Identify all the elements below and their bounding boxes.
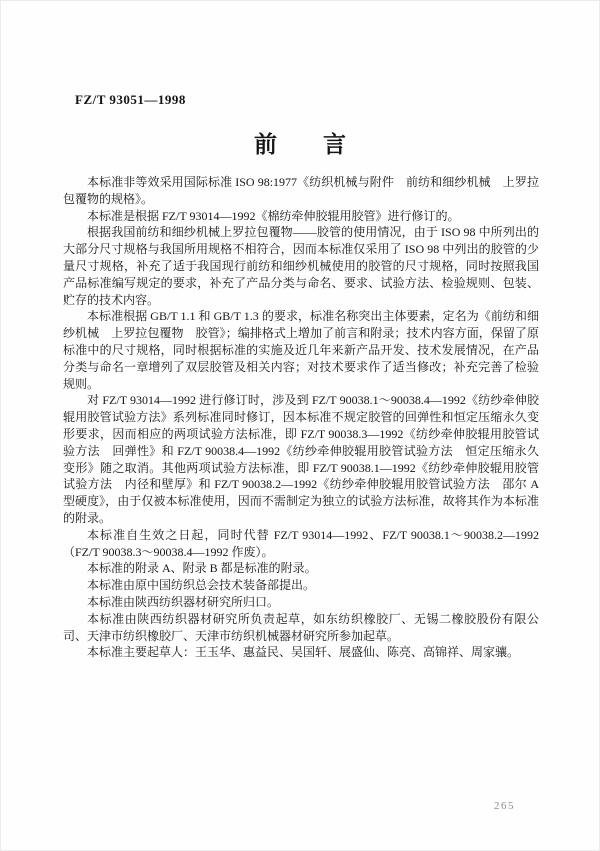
paragraph: 本标准根据 GB/T 1.1 和 GB/T 1.3 的要求，标准名称突出主体要素… <box>63 308 539 392</box>
paragraph: 本标准是根据 FZ/T 93014—1992《棉纺牵伸胶辊用胶管》进行修订的。 <box>63 208 539 225</box>
foreword-body: 本标准非等效采用国际标准 ISO 98:1977《纺织机械与附件 前纺和细纱机械… <box>63 174 539 661</box>
paragraph: 本标准自生效之日起，同时代替 FZ/T 93014—1992、FZ/T 9003… <box>63 527 539 561</box>
page-number: 265 <box>494 800 515 812</box>
doc-code: FZ/T 93051—1998 <box>75 92 186 108</box>
paragraph: 本标准主要起草人：王玉华、惠益民、吴国轩、展盛仙、陈亮、高锦祥、周家骧。 <box>63 644 539 661</box>
paragraph: 本标准由陕西纺织器材研究所负责起草，如东纺织橡胶厂、无锡二橡胶股份有限公司、天津… <box>63 611 539 645</box>
paragraph: 本标准的附录 A、附录 B 都是标准的附录。 <box>63 560 539 577</box>
paragraph: 对 FZ/T 93014—1992 进行修订时，涉及到 FZ/T 90038.1… <box>63 392 539 526</box>
standard-document-page: FZ/T 93051—1998 前 言 本标准非等效采用国际标准 ISO 98:… <box>0 0 600 851</box>
paragraph: 本标准由陕西纺织器材研究所归口。 <box>63 594 539 611</box>
paragraph: 本标准由原中国纺织总会技术装备部提出。 <box>63 577 539 594</box>
paragraph: 本标准非等效采用国际标准 ISO 98:1977《纺织机械与附件 前纺和细纱机械… <box>63 174 539 208</box>
paragraph: 根据我国前纺和细纱机械上罗拉包覆物——胶管的使用情况，由于 ISO 98 中所列… <box>63 224 539 308</box>
page-title: 前 言 <box>1 131 599 159</box>
